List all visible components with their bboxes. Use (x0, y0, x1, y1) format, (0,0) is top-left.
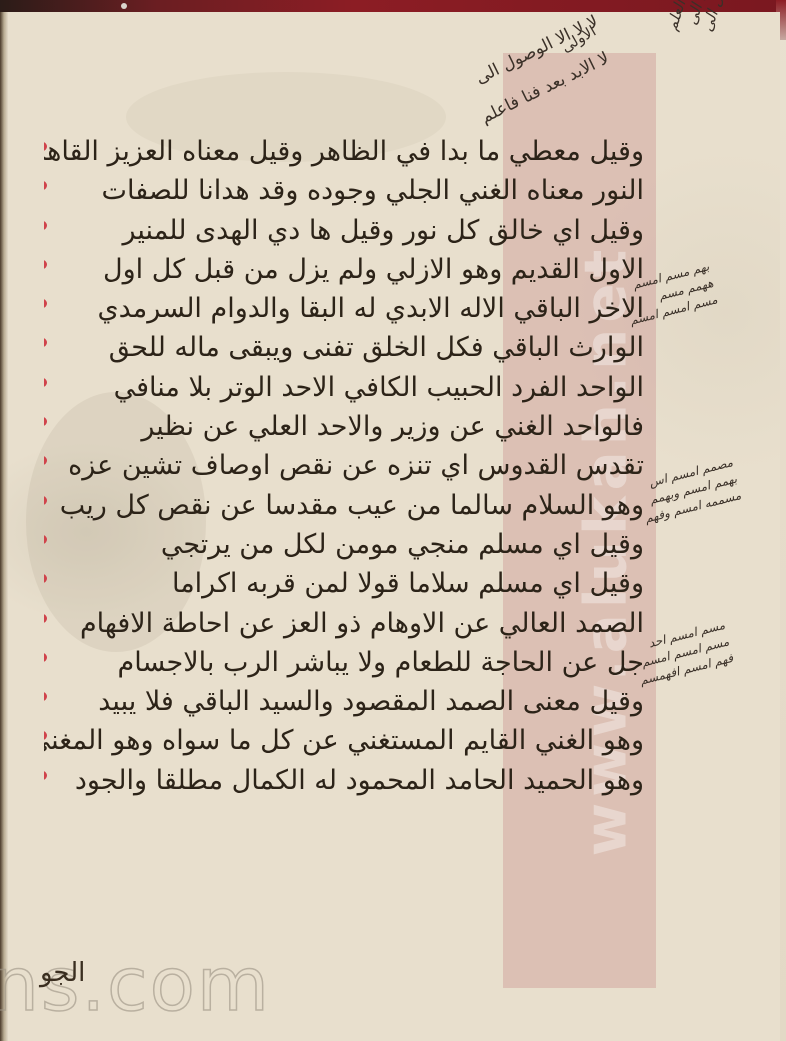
text-line: وهو الغني القايم المستغني عن كل ما سواه … (44, 721, 644, 760)
text-line: الصمد العالي عن الاوهام ذو العز عن احاطة… (44, 604, 644, 643)
rubric-verse-marker (44, 574, 47, 583)
rubric-verse-marker (44, 771, 47, 780)
rubric-verse-marker (44, 692, 47, 701)
text-line: النور معناه الغني الجلي وجوده وقد هدانا … (44, 171, 644, 210)
text-line: جل عن الحاجة للطعام ولا يباشر الرب بالاج… (44, 643, 644, 682)
text-line: فالواحد الغني عن وزير والاحد العلي عن نظ… (44, 407, 644, 446)
text-line: وقيل اي مسلم منجي مومن لكل من يرتجي (44, 525, 644, 564)
catchword: الجو (40, 958, 85, 988)
text-line: الاخر الباقي الاله الابدي له البقا والدو… (44, 289, 644, 328)
text-line: الوارث الباقي فكل الخلق تفنى ويبقى ماله … (44, 328, 644, 367)
rubric-verse-marker (44, 535, 47, 544)
text-line: وهو الحميد الحامد المحمود له الكمال مطلق… (44, 761, 644, 800)
rubric-verse-marker (44, 181, 47, 190)
rubric-verse-marker (44, 378, 47, 387)
rubric-verse-marker (44, 456, 47, 465)
text-line: الاول القديم وهو الازلي ولم يزل من قبل ك… (44, 250, 644, 289)
rubric-verse-marker (44, 338, 47, 347)
rubric-verse-marker (44, 221, 47, 230)
text-line: وهو السلام سالما من عيب مقدسا عن نقص كل … (44, 486, 644, 525)
rubric-verse-marker (44, 260, 47, 269)
text-line: وقيل معنى الصمد المقصود والسيد الباقي فل… (44, 682, 644, 721)
main-text-block: وقيل معطي ما بدا في الظاهر وقيل معناه ال… (44, 132, 644, 800)
page-gutter-edge (0, 12, 8, 1041)
text-line: وقيل معطي ما بدا في الظاهر وقيل معناه ال… (44, 132, 644, 171)
rubric-verse-marker (44, 417, 47, 426)
text-line: وقيل اي خالق كل نور وقيل ها دي الهدى للم… (44, 211, 644, 250)
rubric-verse-marker (44, 653, 47, 662)
manuscript-page: www.alukah.net لا لا الا الوصول الى لا ا… (0, 0, 786, 1041)
cover-pin (121, 3, 127, 9)
text-line: وقيل اي مسلم سلاما قولا لمن قربه اكراما (44, 564, 644, 603)
rubric-verse-marker (44, 614, 47, 623)
rubric-verse-marker (44, 299, 47, 308)
text-line: تقدس القدوس اي تنزه عن نقص اوصاف تشين عز… (44, 446, 644, 485)
text-line: الواحد الفرد الحبيب الكافي الاحد الوتر ب… (44, 368, 644, 407)
